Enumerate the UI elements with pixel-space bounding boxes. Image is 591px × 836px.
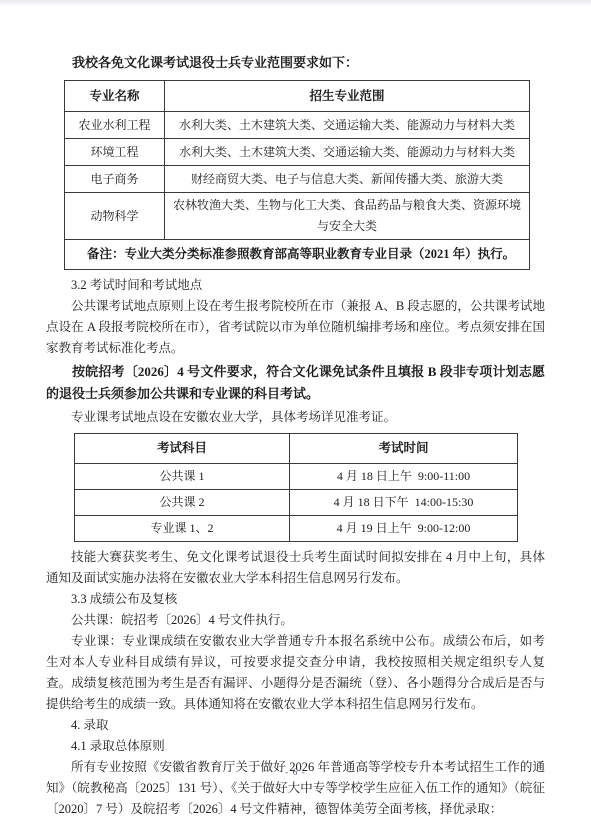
table-row: 电子商务 财经商贸大类、电子与信息大类、新闻传播大类、旅游大类: [65, 166, 530, 193]
section-3-3-heading: 3.3 成绩公布及复核: [46, 589, 545, 610]
intro-line: 我校各免文化课考试退役士兵专业范围要求如下：: [46, 52, 545, 73]
scope-cell: 水利大类、土木建筑大类、交通运输大类、能源动力与材料大类: [165, 112, 530, 139]
para-major-score: 专业课：专业课成绩在安徽农业大学普通专升本报名系统中公布。成绩公布后，如考生对本…: [46, 631, 545, 715]
major-cell: 电子商务: [65, 166, 165, 193]
section-3-2-heading: 3.2 考试时间和考试地点: [46, 275, 545, 296]
time-cell: 4 月 18 日下午 14:00-15:30: [290, 490, 518, 516]
schedule-table-header-row: 考试科目 考试时间: [75, 434, 518, 464]
section-4-1-subheading: 4.1 录取总体原则: [46, 736, 545, 757]
scope-cell: 农林牧渔大类、生物与化工大类、食品药品与粮食大类、资源环境与安全大类: [165, 193, 530, 240]
table-row: 环境工程 水利大类、土木建筑大类、交通运输大类、能源动力与材料大类: [65, 139, 530, 166]
table-row: 公共课 2 4 月 18 日下午 14:00-15:30: [75, 490, 518, 516]
para-public-score: 公共课：皖招考〔2026〕4 号文件执行。: [46, 610, 545, 631]
majors-table-header-scope: 招生专业范围: [165, 81, 530, 112]
scope-cell: 财经商贸大类、电子与信息大类、新闻传播大类、旅游大类: [165, 166, 530, 193]
major-cell: 环境工程: [65, 139, 165, 166]
subject-cell: 公共课 1: [75, 464, 290, 490]
time-cell: 4 月 18 日上午 9:00-11:00: [290, 464, 518, 490]
scope-cell: 水利大类、土木建筑大类、交通运输大类、能源动力与材料大类: [165, 139, 530, 166]
majors-table-remark-row: 备注：专业大类分类标准参照教育部高等职业教育专业目录（2021 年）执行。: [65, 240, 530, 270]
time-cell: 4 月 19 日上午 9:00-12:00: [290, 516, 518, 542]
table-row: 专业课 1、2 4 月 19 日上午 9:00-12:00: [75, 516, 518, 542]
remark-cell: 备注：专业大类分类标准参照教育部高等职业教育专业目录（2021 年）执行。: [65, 240, 530, 270]
schedule-table: 考试科目 考试时间 公共课 1 4 月 18 日上午 9:00-11:00 公共…: [74, 433, 518, 542]
para-bold-requirement: 按皖招考〔2026〕4 号文件要求，符合文化课免试条件且填报 B 段非专项计划志…: [46, 361, 545, 405]
table-row: 动物科学 农林牧渔大类、生物与化工大类、食品药品与粮食大类、资源环境与安全大类: [65, 193, 530, 240]
table-row: 农业水利工程 水利大类、土木建筑大类、交通运输大类、能源动力与材料大类: [65, 112, 530, 139]
para-public-exam-location: 公共课考试地点原则上设在考生报考院校所在市（兼报 A、B 段志愿的，公共课考试地…: [46, 296, 545, 359]
subject-cell: 专业课 1、2: [75, 516, 290, 542]
schedule-header-subject: 考试科目: [75, 434, 290, 464]
schedule-header-time: 考试时间: [290, 434, 518, 464]
subject-cell: 公共课 2: [75, 490, 290, 516]
page-top-edge: [0, 0, 591, 6]
major-cell: 动物科学: [65, 193, 165, 240]
para-admission-principle: 所有专业按照《安徽省教育厅关于做好 2026 年普通高等学校专升本考试招生工作的…: [46, 757, 545, 820]
page-number: - 6 -: [0, 768, 591, 778]
major-cell: 农业水利工程: [65, 112, 165, 139]
document-page: 我校各免文化课考试退役士兵专业范围要求如下： 专业名称 招生专业范围 农业水利工…: [0, 0, 591, 820]
majors-table-header-row: 专业名称 招生专业范围: [65, 81, 530, 112]
table-row: 公共课 1 4 月 18 日上午 9:00-11:00: [75, 464, 518, 490]
para-interview: 技能大赛获奖考生、免文化课考试退役士兵考生面试时间拟安排在 4 月中上旬，具体通…: [46, 547, 545, 589]
majors-table-header-major: 专业名称: [65, 81, 165, 112]
majors-table: 专业名称 招生专业范围 农业水利工程 水利大类、土木建筑大类、交通运输大类、能源…: [64, 80, 530, 270]
section-4-heading: 4. 录取: [46, 715, 545, 736]
para-major-exam-location: 专业课考试地点设在安徽农业大学，具体考场详见准考证。: [46, 407, 545, 428]
